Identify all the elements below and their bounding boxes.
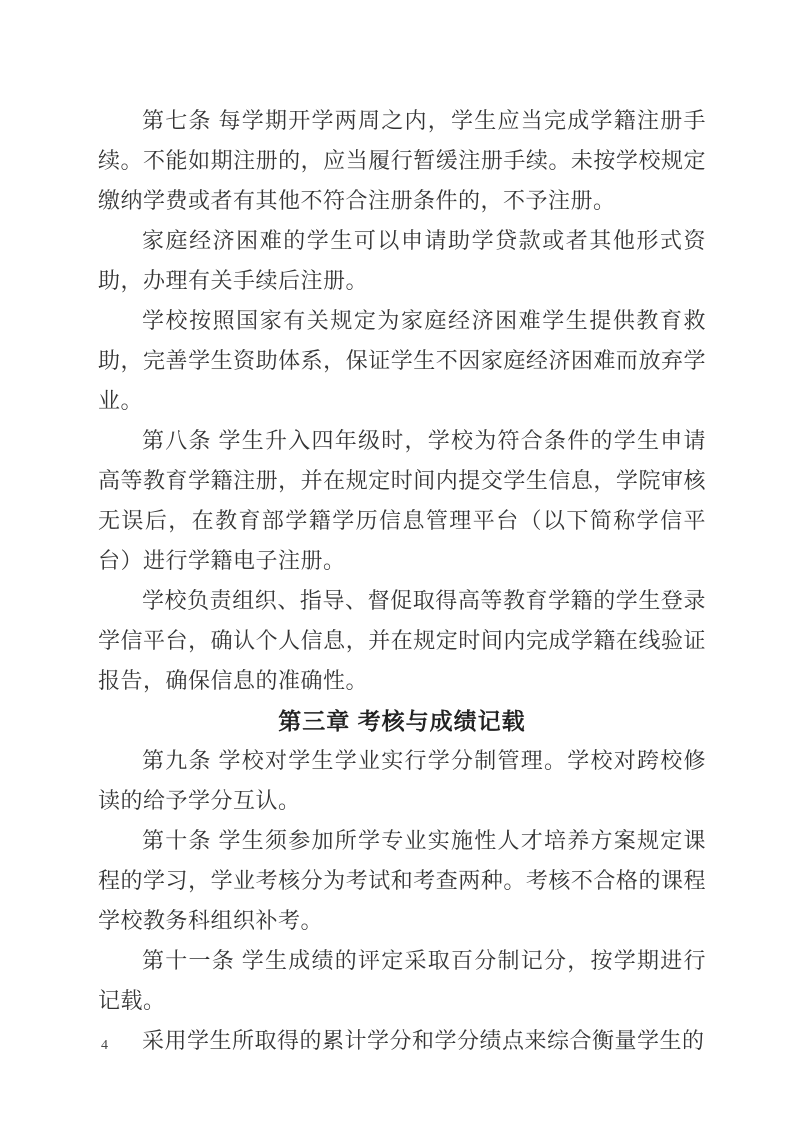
para-article-11-grading: 第十一条 学生成绩的评定采取百分制记分，按学期进行记载。	[98, 941, 706, 1021]
para-article-10-assessment: 第十条 学生须参加所学专业实施性人才培养方案规定课程的学习，学业考核分为考试和考…	[98, 821, 706, 941]
para-article-7-registration: 第七条 每学期开学两周之内，学生应当完成学籍注册手续。不能如期注册的，应当履行暂…	[98, 101, 706, 221]
para-education-assistance: 学校按照国家有关规定为家庭经济困难学生提供教育救助，完善学生资助体系，保证学生不…	[98, 301, 706, 421]
document-page: 第七条 每学期开学两周之内，学生应当完成学籍注册手续。不能如期注册的，应当履行暂…	[0, 0, 794, 1124]
para-article-9-credit-system: 第九条 学校对学生学业实行学分制管理。学校对跨校修读的给予学分互认。	[98, 741, 706, 821]
chapter-3-heading: 第三章 考核与成绩记载	[98, 701, 706, 741]
para-gpa-measurement: 采用学生所取得的累计学分和学分绩点来综合衡量学生的	[98, 1021, 706, 1061]
para-online-verification: 学校负责组织、指导、督促取得高等教育学籍的学生登录学信平台，确认个人信息，并在规…	[98, 581, 706, 701]
para-article-8-electronic-registration: 第八条 学生升入四年级时，学校为符合条件的学生申请高等教育学籍注册，并在规定时间…	[98, 421, 706, 581]
page-number: 4	[101, 1036, 108, 1056]
document-body: 第七条 每学期开学两周之内，学生应当完成学籍注册手续。不能如期注册的，应当履行暂…	[98, 101, 706, 1061]
para-financial-aid: 家庭经济困难的学生可以申请助学贷款或者其他形式资助，办理有关手续后注册。	[98, 221, 706, 301]
